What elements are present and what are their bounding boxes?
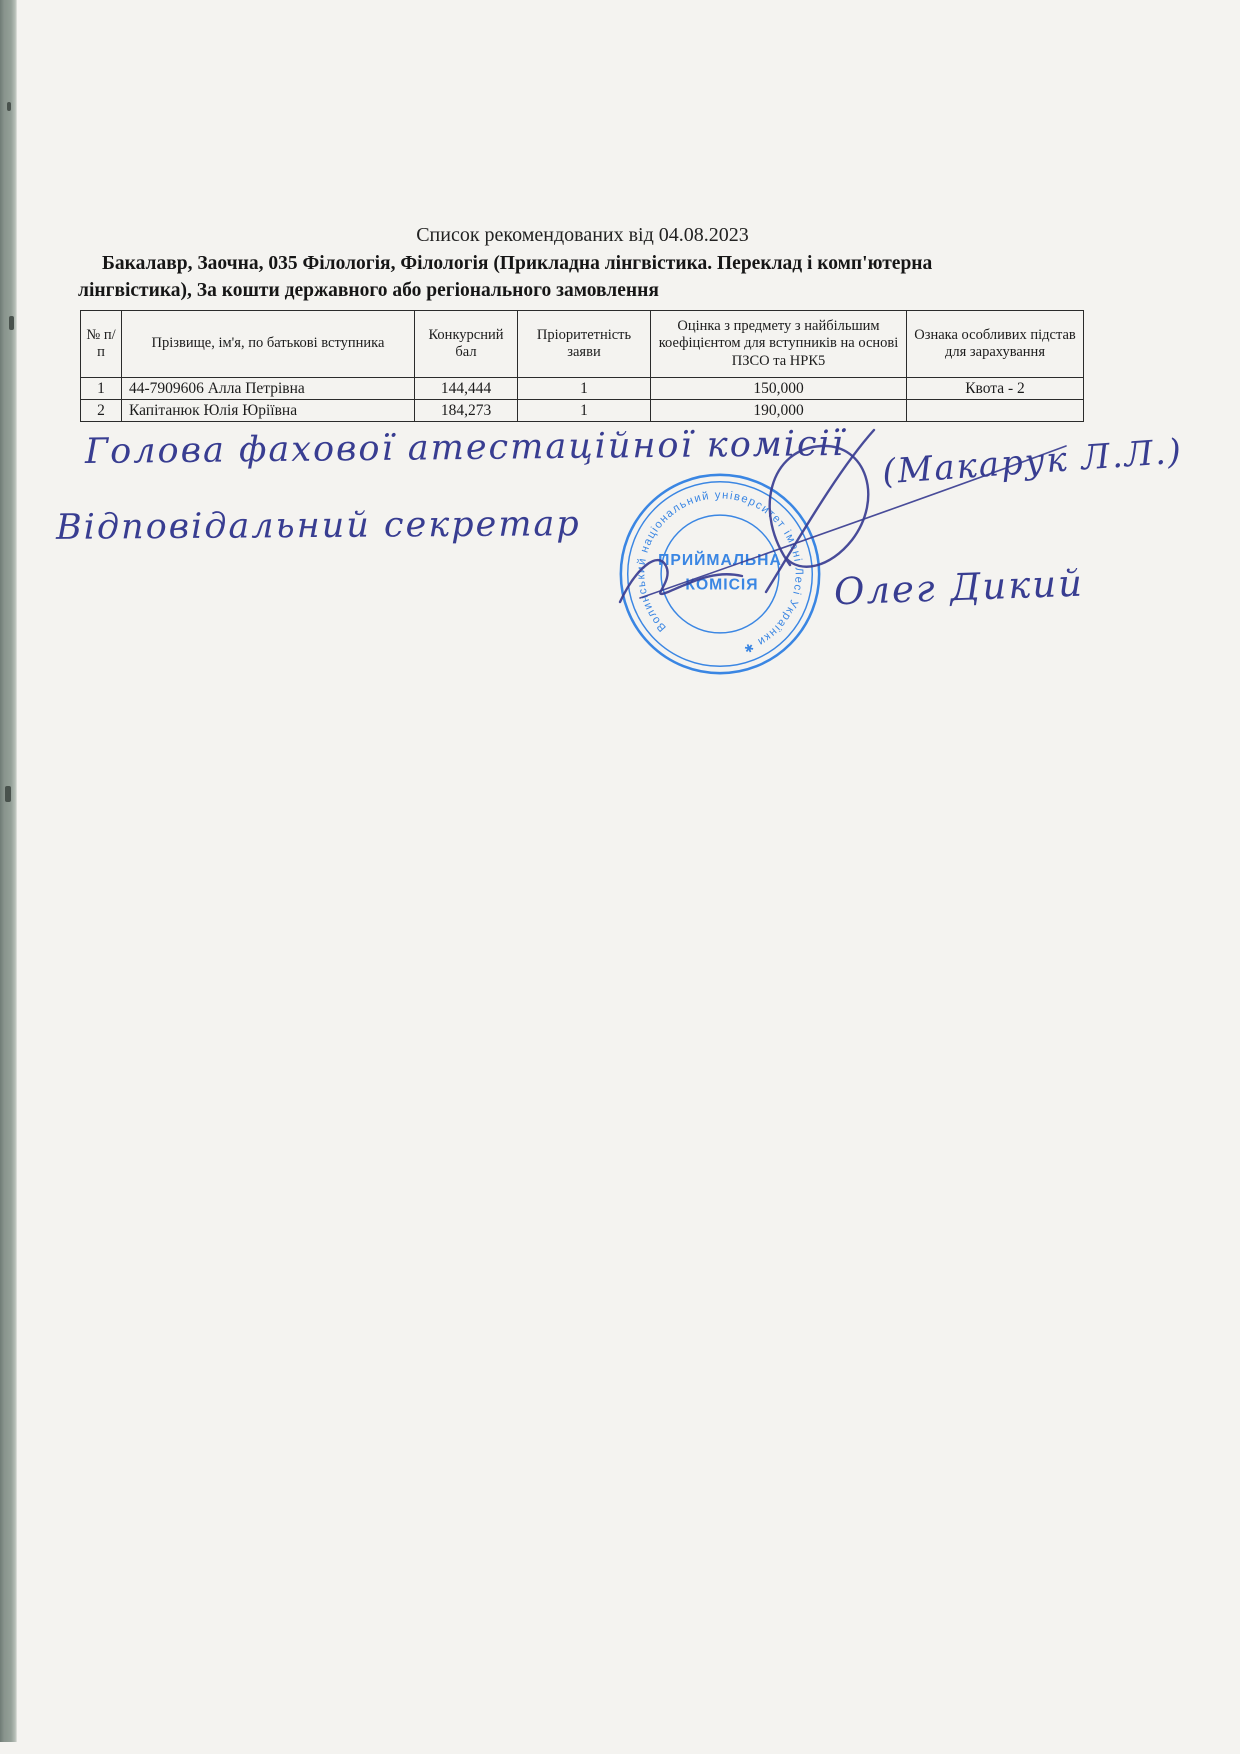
scan-artifact <box>5 786 11 802</box>
table-body: 144-7909606 Алла Петрівна144,4441150,000… <box>81 378 1084 422</box>
table-cell <box>907 400 1084 422</box>
table-cell: 1 <box>518 400 651 422</box>
table-cell: Квота - 2 <box>907 378 1084 400</box>
table-cell: 2 <box>81 400 122 422</box>
table-cell: Капітанюк Юлія Юріївна <box>122 400 415 422</box>
page-title: Список рекомендованих від 04.08.2023 <box>80 224 1085 247</box>
signature-name-secretary: Олег Дикий <box>833 562 1084 614</box>
table-cell: 184,273 <box>415 400 518 422</box>
table-cell: 190,000 <box>651 400 907 422</box>
university-round-stamp: Волинський національний університет імен… <box>612 466 828 682</box>
stamp-inner-ring <box>661 515 779 633</box>
table-cell: 1 <box>81 378 122 400</box>
signature-name-chair: (Макарук Л.Л.) <box>881 432 1184 493</box>
table-row: 2Капітанюк Юлія Юріївна184,2731190,000 <box>81 400 1084 422</box>
column-header: Конкурсний бал <box>415 311 518 378</box>
signature-role-chair: Голова фахової атестаційної комісії <box>85 424 845 472</box>
stamp-center-line-2: КОМІСІЯ <box>685 577 758 594</box>
column-header: Пріоритетність заяви <box>518 311 651 378</box>
stamp-second-ring <box>628 482 813 667</box>
stamp-ring-text-holder: Волинський національний університет імен… <box>612 466 828 682</box>
subtitle-line-2: лінгвістика), За кошти державного або ре… <box>78 277 1098 304</box>
table-header-row: № п/пПрізвище, ім'я, по батькові вступни… <box>81 311 1084 378</box>
applicants-table: № п/пПрізвище, ім'я, по батькові вступни… <box>80 310 1084 422</box>
table-row: 144-7909606 Алла Петрівна144,4441150,000… <box>81 378 1084 400</box>
scan-artifact <box>7 102 11 111</box>
scan-edge <box>0 0 17 1742</box>
column-header: Прізвище, ім'я, по батькові вступника <box>122 311 415 378</box>
document-subtitle: Бакалавр, Заочна, 035 Філологія, Філолог… <box>78 250 1098 304</box>
signature-role-secretary: Відповідальний секретар <box>56 504 581 548</box>
column-header: № п/п <box>81 311 122 378</box>
scanned-document-page: Список рекомендованих від 04.08.2023 Бак… <box>0 0 1240 1754</box>
stamp-outer-ring <box>621 475 819 673</box>
table-cell: 1 <box>518 378 651 400</box>
stamp-ring-text: Волинський національний університет імен… <box>612 466 828 682</box>
column-header: Оцінка з предмету з найбільшим коефіцієн… <box>651 311 907 378</box>
column-header: Ознака особливих підстав для зарахування <box>907 311 1084 378</box>
table-cell: 44-7909606 Алла Петрівна <box>122 378 415 400</box>
table-cell: 150,000 <box>651 378 907 400</box>
stamp-center-line-1: ПРИЙМАЛЬНА <box>658 550 782 569</box>
table-cell: 144,444 <box>415 378 518 400</box>
subtitle-line-1: Бакалавр, Заочна, 035 Філологія, Філолог… <box>78 250 1098 277</box>
scan-artifact <box>9 316 14 330</box>
